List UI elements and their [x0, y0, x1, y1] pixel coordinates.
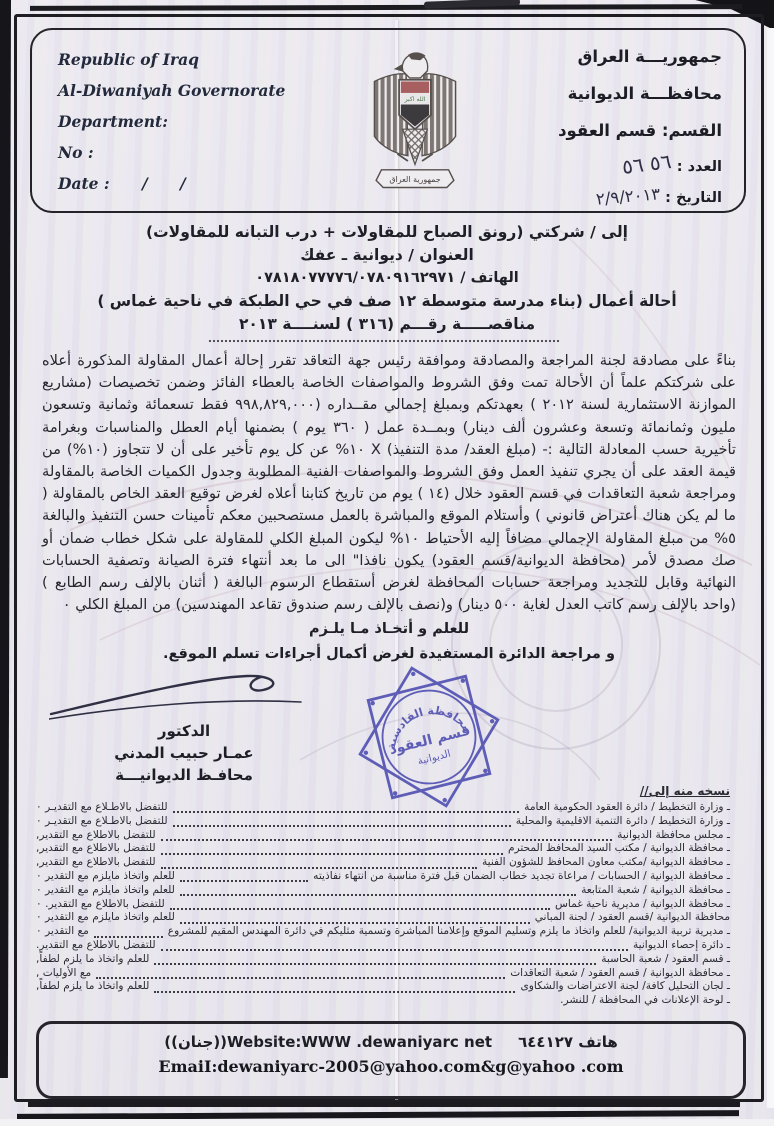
cc-row: ـ قسم العقود / شعبة الحاسبة للعلم واتخاذ… [36, 953, 730, 965]
cc-row: ـ محافظة الديوانية / الحسابات / مراعاة ت… [36, 870, 730, 882]
signer-name: عمـار حبيب المدني [46, 742, 322, 764]
addressee-address-line: العنوان / ديوانية ـ عفك [60, 244, 714, 267]
footer-email: EmaiI:dewaniyarc-2005@yahoo.com&g@yahoo … [39, 1057, 743, 1076]
cc-list: ـ وزارة التخطيط / دائرة العقود الحكومية … [36, 801, 730, 1007]
document-number-label: العدد : [677, 159, 722, 175]
cc-row: ـ لجان التحليل كافة/ لجنة الاعتراضات وال… [36, 980, 730, 992]
cc-destination: محافظة الديوانية /قسم العقود / لجنة المب… [535, 911, 730, 923]
english-line-country: Republic of Iraq [58, 44, 285, 75]
footer-contact-box: هاتف ٦٤٤١٢٧ ((جنان))Website:WWW .dewaniy… [36, 1021, 746, 1099]
dotted-leader [180, 914, 530, 924]
cc-action: للتفضل بالاطلاع مع التقدير, [36, 842, 156, 854]
cc-section: نسخه منه إلى// ـ وزارة التخطيط / دائرة ا… [36, 784, 730, 1008]
english-line-date: Date : / / [58, 168, 285, 199]
cc-header: نسخه منه إلى// [36, 784, 730, 798]
dotted-leader [154, 955, 596, 965]
handwritten-signature [49, 662, 319, 720]
cc-row: ـ دائرة إحصاء الديوانية للتفضل بالاطلاع … [36, 939, 730, 951]
dotted-leader [161, 831, 613, 841]
addressee-to-line: إلى / شركتي (رونق الصباح للمقاولات + درب… [60, 221, 714, 244]
english-line-department: Department: [58, 106, 285, 137]
dotted-separator [208, 339, 560, 343]
cc-destination: ـ محافظة الديوانية / مديرية ناحية غماس [555, 898, 730, 910]
cc-action: للعلم واتخاذ مايلزم مع التقدير ٠ [36, 870, 175, 882]
footer-phone: هاتف ٦٤٤١٢٧ [518, 1033, 618, 1051]
cc-action: للتفضل بالاطلاع مع التقدير, [36, 856, 156, 868]
note-line-1: للعلم و أتخـاذ مـا يلـزم [42, 618, 736, 641]
cc-row: ـ محافظة الديوانية / مديرية ناحية غماس ل… [36, 898, 730, 910]
cc-destination: ـ مجلس محافظة الديوانية [617, 829, 730, 841]
dotted-leader [161, 941, 628, 951]
cc-destination: ـ قسم العقود / شعبة الحاسبة [601, 953, 730, 965]
tender-number-line: مناقصـــــة رقـــم (٣١٦ ) لسنــــة ٢٠١٣ [60, 313, 714, 336]
dotted-leader [161, 845, 503, 855]
signer-role: محافـظ الديوانيـــة [46, 764, 322, 786]
cc-action: للتفضل بالاطلاع مع التقدير. ٠ [36, 898, 165, 910]
footer-line-1: هاتف ٦٤٤١٢٧ ((جنان))Website:WWW .dewaniy… [39, 1033, 743, 1051]
cc-destination: ـ محافظة الديوانية / قسم العقود / شعبة ا… [510, 967, 730, 979]
document-date-handwritten: ٢/٩/٢٠١٣ [595, 179, 662, 214]
cc-row: ـ مديرية تربية الديوانية/ للعلم واتخاذ م… [36, 925, 730, 937]
cc-action: مع الأوليات , [36, 967, 91, 979]
cc-destination: ـ لجان التحليل كافة/ لجنة الاعتراضات وال… [520, 980, 730, 992]
cc-destination: ـ محافظة الديوانية / شعبة المتابعة [581, 884, 730, 896]
dotted-leader [170, 900, 550, 910]
dotted-leader [180, 886, 576, 896]
cc-destination: ـ وزارة التخطيط / دائرة التنمية الاقليمي… [516, 815, 730, 827]
cc-row: ـ محافظة الديوانية / شعبة المتابعة للعلم… [36, 884, 730, 896]
cc-action: للعلم واتخاذ مايلزم مع التقدير ٠ [36, 884, 175, 896]
signature-block: الدكتور عمـار حبيب المدني محافـظ الديوان… [46, 662, 322, 786]
letterhead-arabic: جمهوريـــة العراق محافظـــة الديوانية ال… [558, 38, 722, 213]
scan-edge-left [0, 0, 11, 1078]
iraq-eagle-emblem: الله اكبر جمهورية العراق [362, 42, 468, 204]
cc-row: ـ محافظة الديوانية / قسم العقود / شعبة ا… [36, 967, 730, 979]
arabic-line-country: جمهوريـــة العراق [558, 38, 722, 75]
cc-destination: ـ دائرة إحصاء الديوانية [633, 939, 730, 951]
document-number-handwritten: ٥٦ ٥٦ [621, 146, 674, 182]
letterhead-box: Republic of Iraq Al-Diwaniyah Governorat… [30, 28, 746, 213]
cc-row: ـ محافظة الديوانية /مكتب معاون المحافظ ل… [36, 856, 730, 868]
dotted-leader [154, 983, 515, 993]
cc-action: مع التقدير ٠ [36, 925, 89, 937]
cc-row: ـ لوحة الإعلانات في المحافظة / للنشر. [36, 994, 730, 1006]
dotted-leader [96, 969, 505, 979]
english-line-number: No : [58, 137, 285, 168]
letterhead-english: Republic of Iraq Al-Diwaniyah Governorat… [58, 44, 285, 199]
body-paragraph: بناءً على مصادقة لجنة المراجعة والمصادقة… [42, 350, 736, 616]
cc-destination: ـ مديرية تربية الديوانية/ للعلم واتخاذ م… [168, 925, 730, 937]
cc-action: للعلم واتخاذ ما يلزم لطفاً, [36, 980, 149, 992]
cc-row: ـ محافظة الديوانية / مكتب السيد المحافظ … [36, 842, 730, 854]
signer-title: الدكتور [46, 720, 322, 742]
english-line-governorate: Al-Diwaniyah Governorate [58, 75, 285, 106]
dotted-leader [161, 859, 477, 869]
dotted-leader [180, 872, 308, 882]
cc-destination: ـ محافظة الديوانية /مكتب معاون المحافظ ل… [482, 856, 730, 868]
svg-text:جمهورية العراق: جمهورية العراق [389, 175, 440, 184]
addressee-phone-line: الهاتف / ٠٧٨١٨٠٧٧٧٧٦/٠٧٨٠٩١٦٢٩٧١ [60, 267, 714, 290]
cc-destination: ـ وزارة التخطيط / دائرة العقود الحكومية … [524, 801, 730, 813]
scan-edge-bottom-white [0, 1119, 774, 1126]
addressee-block: إلى / شركتي (رونق الصباح للمقاولات + درب… [60, 221, 714, 336]
scan-edge-bottom-1 [28, 1102, 740, 1107]
document-date-line: التاريخ : ٢/٩/٢٠١٣ [558, 182, 722, 213]
cc-row: محافظة الديوانية /قسم العقود / لجنة المب… [36, 911, 730, 923]
cc-row: ـ وزارة التخطيط / دائرة التنمية الاقليمي… [36, 815, 730, 827]
subject-line: أحالة أعمال (بناء مدرسة متوسطة ١٢ صف في … [60, 290, 714, 313]
dotted-leader [94, 928, 163, 938]
cc-action: للعلم واتخاذ ما يلزم لطفاً, [36, 953, 149, 965]
cc-destination: ـ محافظة الديوانية / مكتب السيد المحافظ … [508, 842, 730, 854]
footer-website: ((جنان))Website:WWW .dewaniyarc net [164, 1033, 492, 1051]
cc-row: ـ مجلس محافظة الديوانية للتفضل بالاطلاع … [36, 829, 730, 841]
cc-row: ـ وزارة التخطيط / دائرة العقود الحكومية … [36, 801, 730, 813]
scan-edge-top [30, 4, 742, 11]
cc-action: للتفضل بالاطلاع مع التقدير, [36, 829, 156, 841]
cc-action: للتفضل بالاطلاع مع التقدير. [36, 939, 156, 951]
arabic-line-department: القسم: قسم العقود [558, 112, 722, 149]
document-date-label: التاريخ : [665, 190, 722, 206]
dotted-leader [173, 803, 520, 813]
arabic-line-governorate: محافظـــة الديوانية [558, 75, 722, 112]
scanned-letter-page: Republic of Iraq Al-Diwaniyah Governorat… [0, 0, 774, 1126]
cc-action: للتفضل بالاطـلاع مع التقديـر ٠ [36, 801, 168, 813]
svg-text:الديوانية: الديوانية [417, 749, 452, 768]
cc-action: للتفضل بالاطـلاع مع التقديـر ٠ [36, 815, 168, 827]
dotted-leader [173, 817, 511, 827]
svg-text:الله اكبر: الله اكبر [404, 96, 426, 103]
letter-body: بناءً على مصادقة لجنة المراجعة والمصادقة… [42, 350, 736, 666]
scan-edge-right [767, 28, 774, 1108]
cc-destination: ـ محافظة الديوانية / الحسابات / مراعاة ت… [313, 870, 730, 882]
cc-destination: ـ لوحة الإعلانات في المحافظة / للنشر. [560, 994, 730, 1006]
document-number-line: العدد : ٥٦ ٥٦ [558, 149, 722, 182]
cc-action: للعلم واتخاذ مايلزم مع التقدير ٠ [36, 911, 175, 923]
